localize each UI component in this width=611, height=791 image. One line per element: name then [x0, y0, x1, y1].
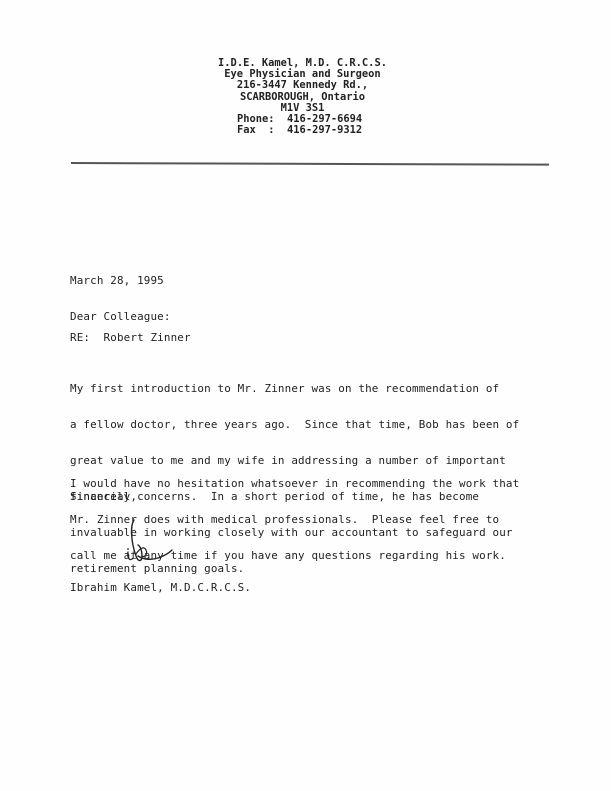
signer-name: Ibrahim Kamel, M.D.C.R.C.S. — [70, 582, 251, 594]
closing: Sincerely, — [70, 491, 137, 503]
letterhead: I.D.E. Kamel, M.D. C.R.C.S. Eye Physicia… — [200, 58, 405, 136]
signature-icon — [122, 512, 182, 567]
salutation: Dear Colleague: — [70, 311, 171, 323]
letterhead-fax: Fax : 416-297-9312 — [200, 125, 405, 136]
paragraph-2-line: I would have no hesitation whatsoever in… — [70, 478, 519, 490]
paragraph-1-line: a fellow doctor, three years ago. Since … — [70, 419, 519, 431]
paragraph-1-line: My first introduction to Mr. Zinner was … — [70, 383, 519, 395]
letterhead-divider — [71, 162, 549, 165]
subject-line: RE: Robert Zinner — [70, 332, 191, 344]
letter-date: March 28, 1995 — [70, 275, 164, 287]
letterhead-address-line1: 216-3447 Kennedy Rd., — [200, 80, 405, 91]
letter-page: I.D.E. Kamel, M.D. C.R.C.S. Eye Physicia… — [0, 0, 611, 791]
